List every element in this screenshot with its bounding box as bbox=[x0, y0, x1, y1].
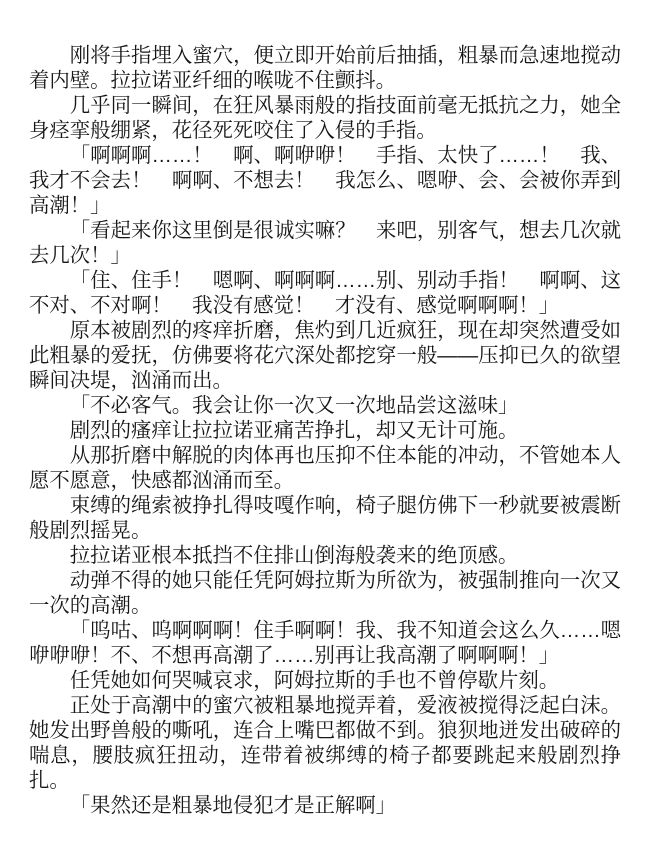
paragraph-dialogue: 「呜咕、呜啊啊啊！住手啊啊！我、我不知道会这么久……嗯咿咿咿！不、不想再高潮了…… bbox=[29, 619, 621, 669]
novel-text-column: 刚将手指埋入蜜穴，便立即开始前后抽插，粗暴而急速地搅动着内壁。拉拉诺亚纤细的喉咙… bbox=[29, 44, 621, 819]
novel-page: 刚将手指埋入蜜穴，便立即开始前后抽插，粗暴而急速地搅动着内壁。拉拉诺亚纤细的喉咙… bbox=[0, 0, 650, 850]
paragraph-dialogue: 「不必客气。我会让你一次又一次地品尝这滋味」 bbox=[29, 394, 621, 419]
paragraph-dialogue: 「看起来你这里倒是很诚实嘛？ 来吧，别客气，想去几次就去几次！」 bbox=[29, 219, 621, 269]
paragraph-dialogue: 「果然还是粗暴地侵犯才是正解啊」 bbox=[29, 794, 621, 819]
paragraph-dialogue: 「啊啊啊……！ 啊、啊咿咿！ 手指、太快了……！ 我、我才不会去！ 啊啊、不想去… bbox=[29, 144, 621, 219]
paragraph: 任凭她如何哭喊哀求，阿姆拉斯的手也不曾停歇片刻。 bbox=[29, 669, 621, 694]
paragraph: 从那折磨中解脱的肉体再也压抑不住本能的冲动，不管她本人愿不愿意，快感都汹涌而至。 bbox=[29, 444, 621, 494]
paragraph-dialogue: 「住、住手！ 嗯啊、啊啊啊……别、别动手指！ 啊啊、这不对、不对啊！ 我没有感觉… bbox=[29, 269, 621, 319]
paragraph: 正处于高潮中的蜜穴被粗暴地搅弄着，爱液被搅得泛起白沫。她发出野兽般的嘶吼，连合上… bbox=[29, 694, 621, 794]
paragraph: 动弹不得的她只能任凭阿姆拉斯为所欲为，被强制推向一次又一次的高潮。 bbox=[29, 569, 621, 619]
paragraph: 刚将手指埋入蜜穴，便立即开始前后抽插，粗暴而急速地搅动着内壁。拉拉诺亚纤细的喉咙… bbox=[29, 44, 621, 94]
paragraph: 拉拉诺亚根本抵挡不住排山倒海般袭来的绝顶感。 bbox=[29, 544, 621, 569]
paragraph: 几乎同一瞬间，在狂风暴雨般的指技面前毫无抵抗之力，她全身痉挛般绷紧，花径死死咬住… bbox=[29, 94, 621, 144]
paragraph: 原本被剧烈的疼痒折磨，焦灼到几近疯狂，现在却突然遭受如此粗暴的爱抚，仿佛要将花穴… bbox=[29, 319, 621, 394]
paragraph: 剧烈的瘙痒让拉拉诺亚痛苦挣扎，却又无计可施。 bbox=[29, 419, 621, 444]
paragraph: 束缚的绳索被挣扎得吱嘎作响，椅子腿仿佛下一秒就要被震断般剧烈摇晃。 bbox=[29, 494, 621, 544]
